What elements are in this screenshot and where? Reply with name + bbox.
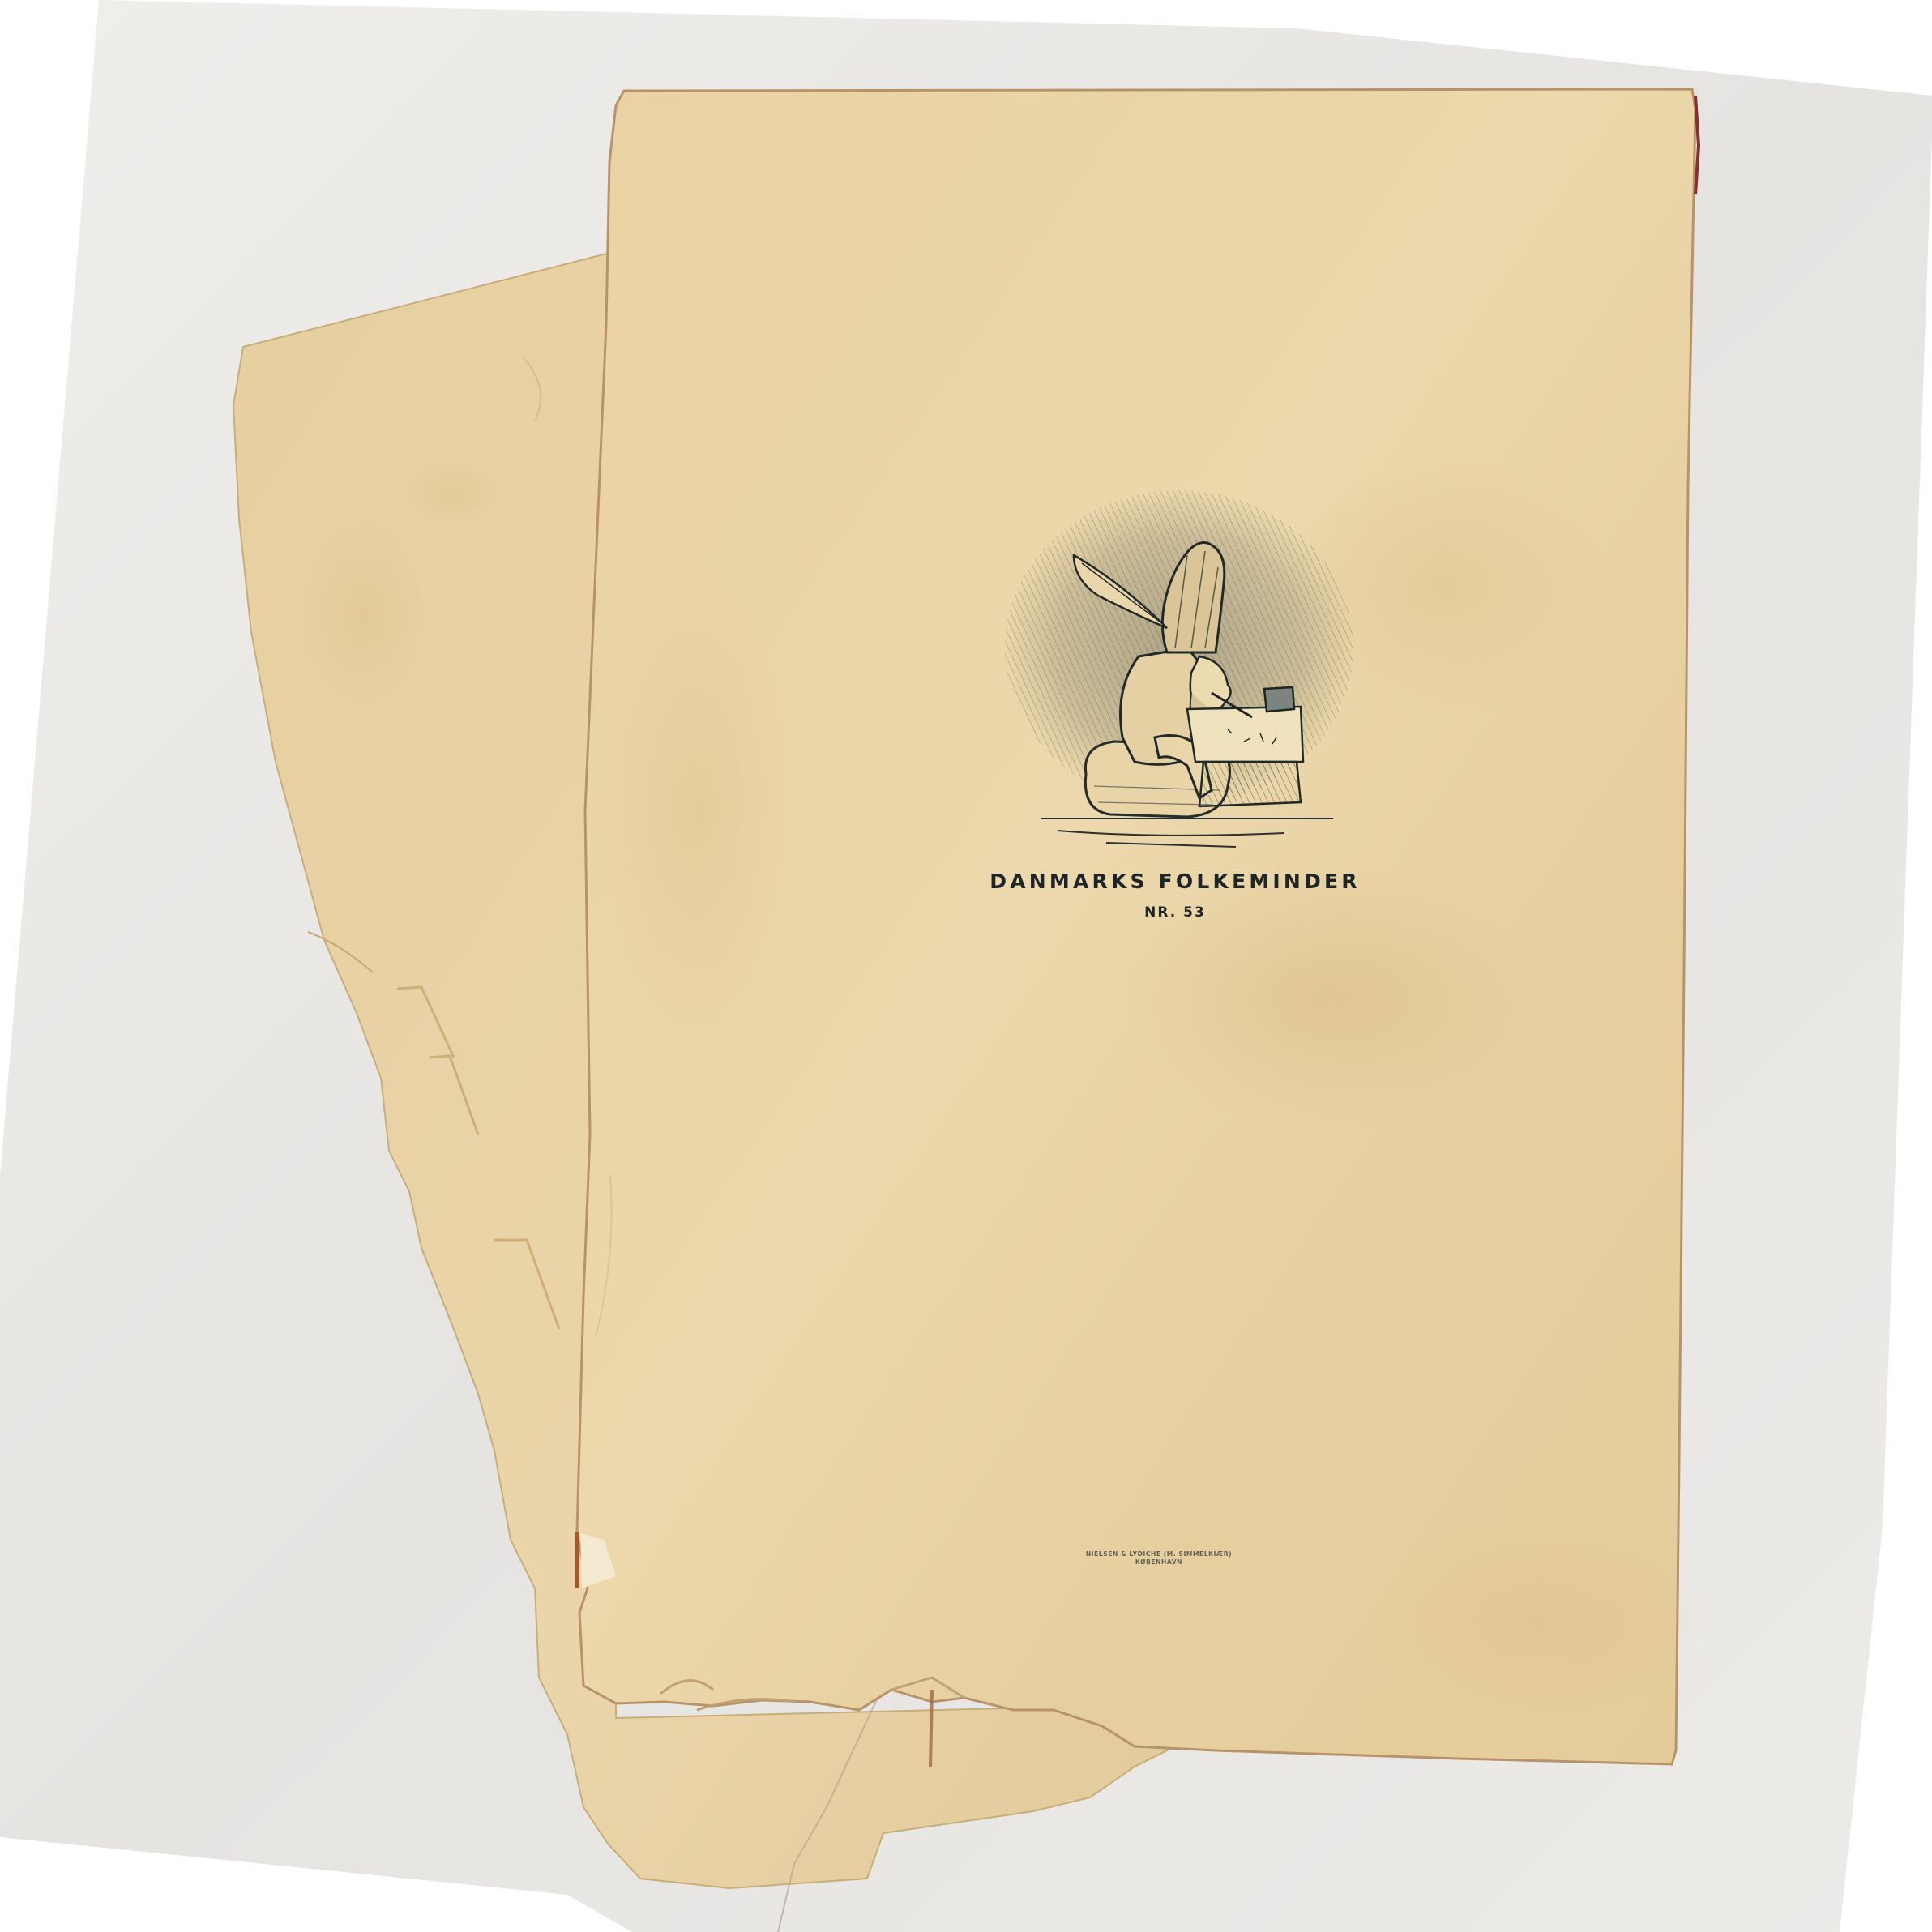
scene-graphics — [0, 0, 1932, 1932]
issue-number: NR. 53 — [972, 904, 1378, 921]
printer-imprint: NIELSEN & LYDICHE (M. SIMMELKIÆR) KØBENH… — [1045, 1550, 1272, 1567]
printer-name: NIELSEN & LYDICHE (M. SIMMELKIÆR) — [1045, 1550, 1272, 1558]
cover-title: DANMARKS FOLKEMINDER — [972, 870, 1378, 893]
photo-scene: DANMARKS FOLKEMINDER NR. 53 NIELSEN & LY… — [0, 0, 1932, 1932]
front-booklet — [577, 89, 1702, 1767]
printer-city: KØBENHAVN — [1045, 1558, 1272, 1567]
